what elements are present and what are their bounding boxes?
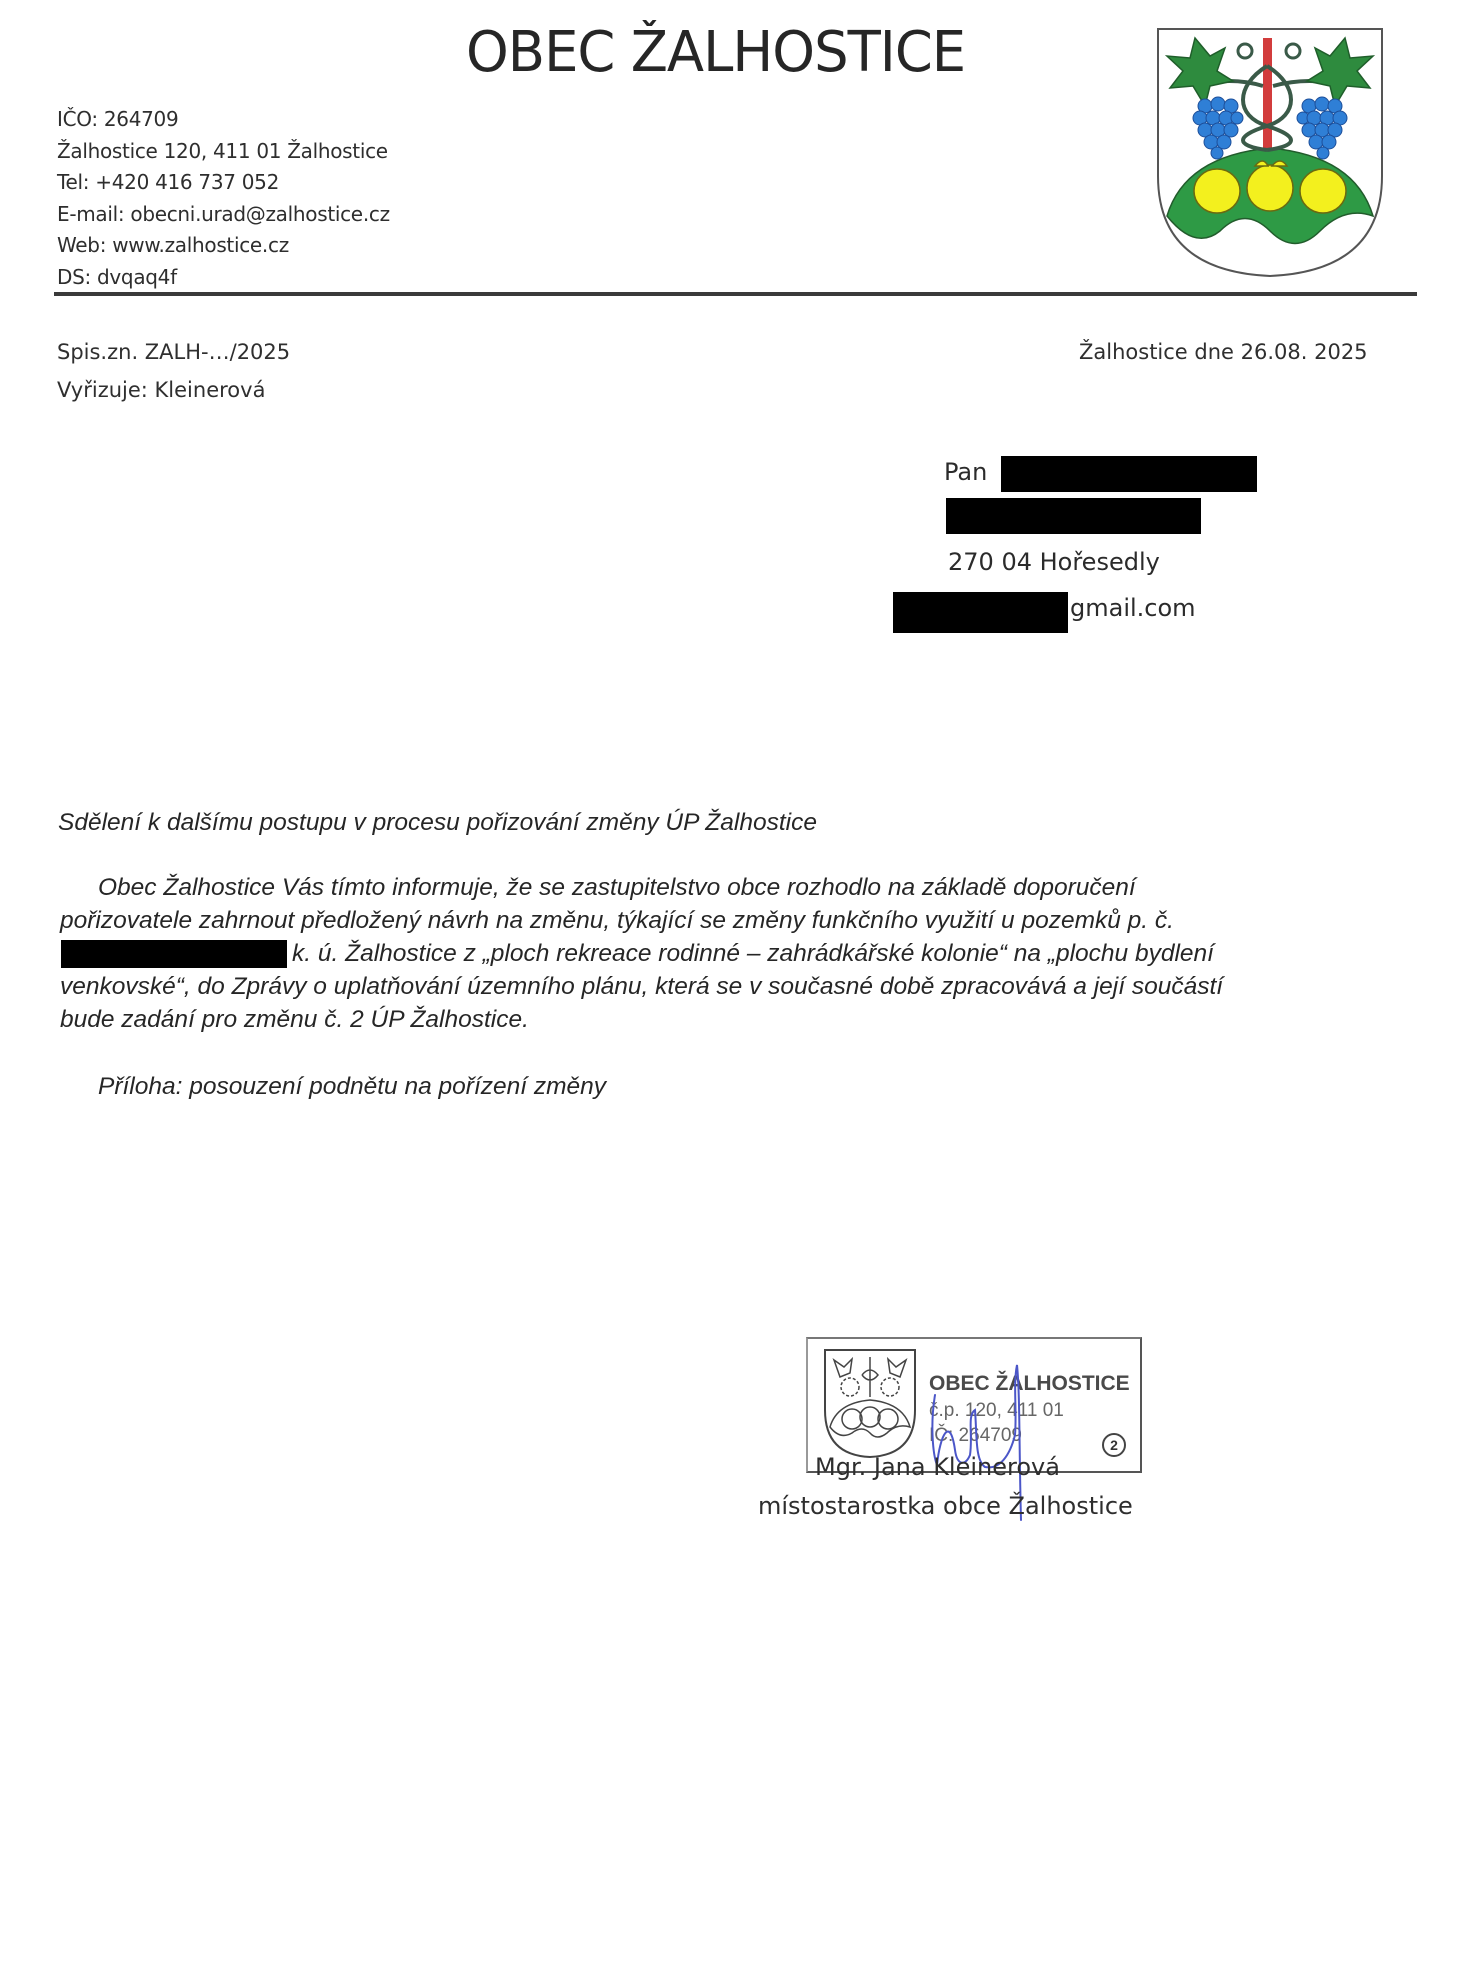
signatory-name: Mgr. Jana Kleinerová [815,1452,1060,1482]
body-line-3: k. ú. Žalhostice z „ploch rekreace rodin… [292,939,1214,969]
stamp-number-badge: 2 [1102,1433,1126,1457]
coat-of-arms-icon [1155,26,1385,278]
letterhead-divider [54,292,1417,296]
municipality-title: OBEC ŽALHOSTICE [466,18,990,88]
address-line: Žalhostice 120, 411 01 Žalhostice [57,136,390,168]
letterhead-contact-info: IČO: 264709 Žalhostice 120, 411 01 Žalho… [57,104,390,293]
body-line-5: bude zadání pro změnu č. 2 ÚP Žalhostice… [60,1005,529,1035]
letter-date: Žalhostice dne 26.08. 2025 [1079,333,1368,371]
recipient-email-domain: gmail.com [1070,593,1196,623]
redacted-recipient-name [1001,456,1257,492]
letter-subject: Sdělení k dalšímu postupu v procesu poři… [58,808,817,838]
web-line: Web: www.zalhostice.cz [57,230,390,262]
signatory-role: místostarostka obce Žalhostice [758,1491,1133,1521]
ico-line: IČO: 264709 [57,104,390,136]
reference-block: Spis.zn. ZALH-…/2025 Vyřizuje: Kleinerov… [57,333,290,409]
body-line-4: venkovské“, do Zprávy o uplatňování územ… [60,972,1223,1002]
handled-by: Vyřizuje: Kleinerová [57,371,290,409]
file-number: Spis.zn. ZALH-…/2025 [57,333,290,371]
recipient-city: 270 04 Hořesedly [948,547,1160,577]
phone-line: Tel: +420 416 737 052 [57,167,390,199]
body-line-1: Obec Žalhostice Vás tímto informuje, že … [98,873,1136,903]
stamp-coat-of-arms-icon [822,1345,918,1460]
recipient-salutation: Pan [944,457,987,487]
body-line-2: pořizovatele zahrnout předložený návrh n… [60,906,1174,936]
attachment-note: Příloha: posouzení podnětu na pořízení z… [98,1072,606,1102]
data-box-line: DS: dvqaq4f [57,262,390,294]
redacted-parcel-numbers [61,940,287,968]
redacted-recipient-street [946,498,1201,534]
email-line: E-mail: obecni.urad@zalhostice.cz [57,199,390,231]
redacted-email-prefix [893,592,1068,633]
